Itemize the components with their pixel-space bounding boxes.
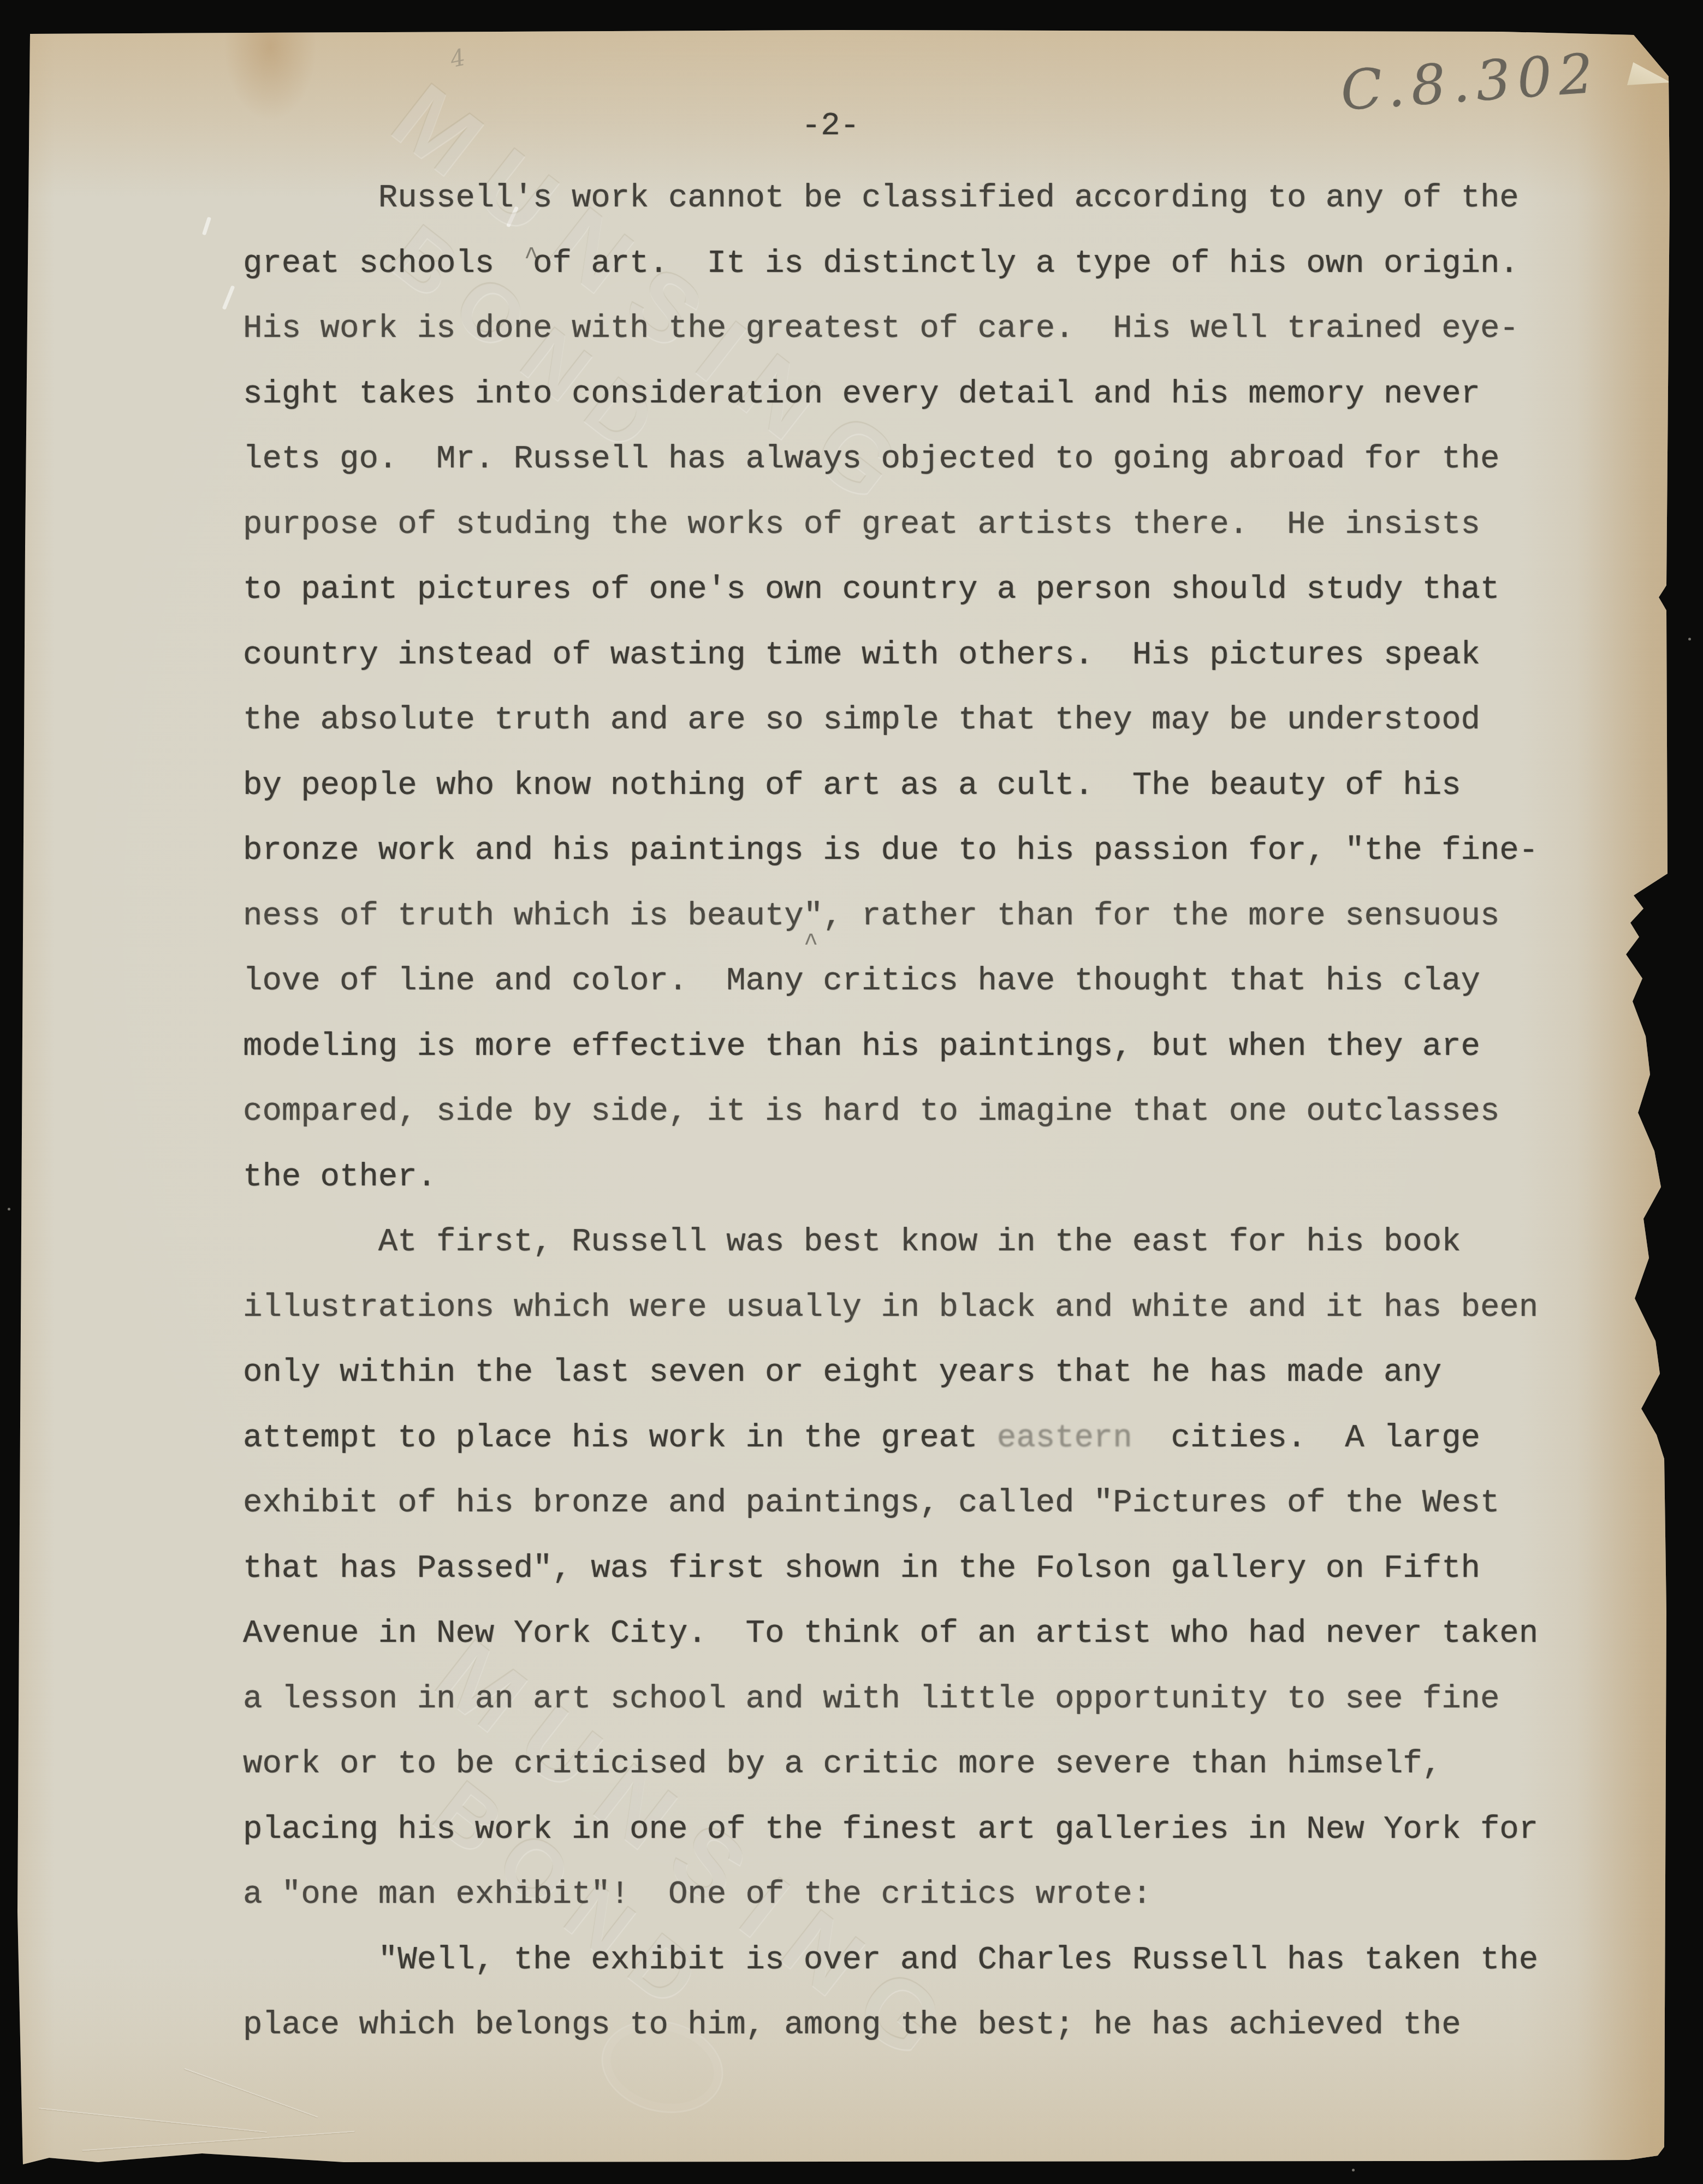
typewritten-line: a "one man exhibit"! One of the critics …	[243, 1862, 1597, 1927]
typewritten-line: that has Passed", was first shown in the…	[243, 1536, 1597, 1601]
typewritten-line: purpose of studing the works of great ar…	[243, 492, 1597, 557]
typewritten-line: country instead of wasting time with oth…	[243, 622, 1597, 688]
typewritten-line: only within the last seven or eight year…	[243, 1340, 1597, 1405]
typewritten-line: illustrations which were usually in blac…	[243, 1275, 1597, 1340]
typewritten-line: modeling is more effective than his pain…	[243, 1014, 1597, 1079]
paper-sheet: MUNSING BOND MUNSING BOND C.8.302 4 -2- …	[16, 28, 1672, 2164]
typewritten-line: by people who know nothing of art as a c…	[243, 753, 1597, 818]
typewritten-line: attempt to place his work in the great e…	[243, 1405, 1597, 1471]
typewritten-line: bronze work and his paintings is due to …	[243, 818, 1597, 883]
typewritten-line: "Well, the exhibit is over and Charles R…	[243, 1927, 1597, 1993]
crease-line	[82, 2131, 355, 2151]
typewritten-line: a lesson in an art school and with littl…	[243, 1666, 1597, 1732]
typewritten-line: placing his work in one of the finest ar…	[243, 1797, 1597, 1862]
stain	[224, 28, 317, 121]
typewritten-line: lets go. Mr. Russell has always objected…	[243, 426, 1597, 492]
dust-speck	[1688, 638, 1691, 640]
archival-number-handwritten: C.8.302	[1339, 39, 1627, 123]
scuff-mark	[202, 217, 211, 235]
typewritten-line: Russell's work cannot be classified acco…	[243, 165, 1597, 231]
scuff-mark	[222, 285, 235, 310]
typewritten-line: compared, side by side, it is hard to im…	[243, 1079, 1597, 1144]
typewritten-line: the other.	[243, 1144, 1597, 1210]
dust-speck	[8, 1208, 10, 1210]
page-number: -2-	[749, 93, 912, 159]
typewritten-line: His work is done with the greatest of ca…	[243, 296, 1597, 361]
typewritten-line: the absolute truth and are so simple tha…	[243, 687, 1597, 753]
typewritten-line: ness of truth which is beauty", rather t…	[243, 883, 1597, 949]
typewritten-line: Avenue in New York City. To think of an …	[243, 1601, 1597, 1666]
dust-speck	[1352, 2169, 1355, 2171]
typewritten-line: love of line and color. Many critics hav…	[243, 948, 1597, 1014]
typed-lines: Russell's work cannot be classified acco…	[243, 165, 1597, 2058]
typewritten-line: sight takes into consideration every det…	[243, 361, 1597, 427]
scanned-typescript-page: { "page": { "number": "-2-" }, "annotati…	[0, 0, 1703, 2184]
typewritten-line: work or to be criticised by a critic mor…	[243, 1731, 1597, 1797]
typewritten-line: place which belongs to him, among the be…	[243, 1992, 1597, 2058]
crease-line	[184, 2068, 318, 2118]
folded-corner	[1627, 62, 1671, 85]
typewritten-line: to paint pictures of one's own country a…	[243, 557, 1597, 622]
stray-pencil-mark: 4	[448, 44, 467, 73]
typewritten-line: At first, Russell was best know in the e…	[243, 1209, 1597, 1275]
crease-line	[39, 2108, 267, 2133]
typewritten-line: exhibit of his bronze and paintings, cal…	[243, 1470, 1597, 1536]
typewritten-line: great schools of art. It is distinctly a…	[243, 231, 1597, 296]
